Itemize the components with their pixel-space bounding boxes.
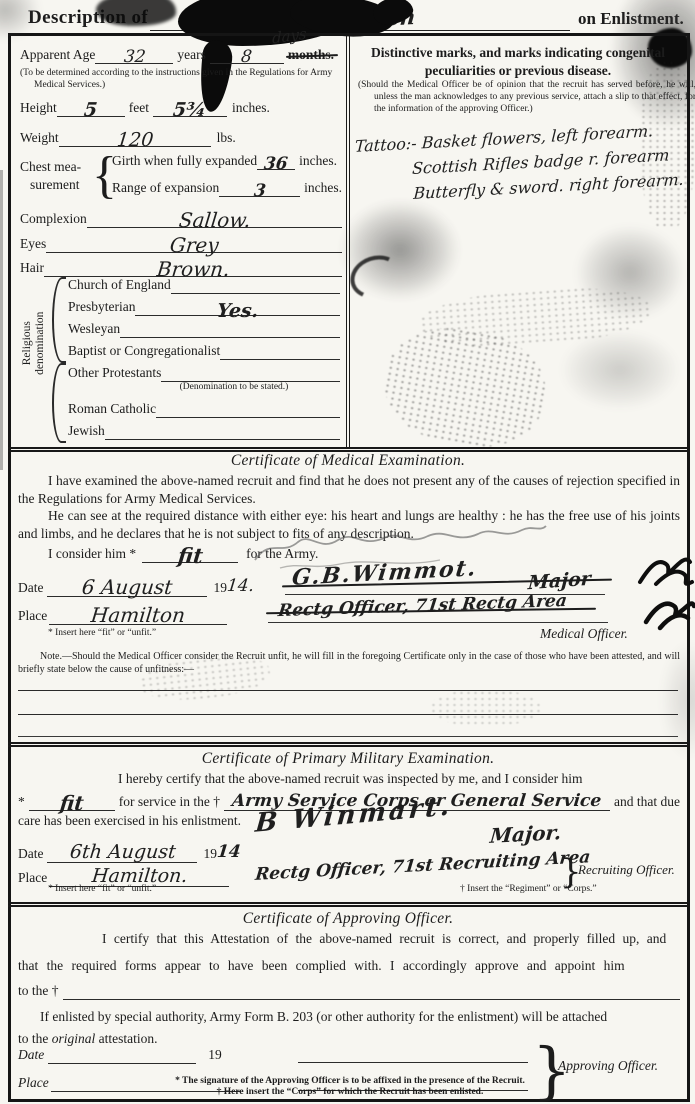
months-unit: months.: [288, 46, 334, 64]
fit-marker: *: [18, 793, 25, 811]
attestation-form-page: Description of Aitken on Enlistment. App…: [0, 0, 695, 1104]
religion-label: Baptist or Congregationalist: [68, 342, 220, 360]
authority-suffix: attestation.: [99, 1031, 158, 1046]
recruiting-signature-rank: Major.: [489, 820, 562, 848]
approving-officer-label: Approving Officer.: [558, 1058, 658, 1074]
year-printed: 19: [208, 1046, 222, 1064]
place-label: Place: [18, 607, 47, 625]
religion-label: Church of England: [68, 276, 171, 294]
chest-label: Chest mea- surement: [20, 158, 81, 193]
date-label: Date: [18, 579, 43, 597]
religion-row: Church of England: [68, 272, 340, 294]
religion-row: Baptist or Congregationalist: [68, 338, 340, 360]
girth-value: 36: [263, 153, 289, 175]
marks-note: (Should the Medical Officer be of opinio…: [358, 80, 695, 116]
medical-footnote: * Insert here “fit” or “unfit.”: [48, 628, 156, 640]
religion-label: Wesleyan: [68, 320, 120, 338]
appoint-field: [63, 982, 681, 1000]
religion-side-label: Religious denomination: [21, 289, 47, 397]
expansion-row: Range of expansion 3 inches.: [112, 179, 342, 197]
approving-paragraph-line2: that the required forms appear to have b…: [18, 957, 680, 975]
girth-label: Girth when fully expanded: [112, 152, 257, 170]
medical-note: Note.—Should the Medical Officer conside…: [18, 650, 680, 676]
stain-speckle: [430, 690, 540, 726]
place-label: Place: [18, 869, 47, 887]
medical-officer-label: Medical Officer.: [540, 626, 628, 642]
religion-brace-lower: [52, 363, 66, 443]
religion-field: [156, 401, 340, 418]
primary-paragraph-1: I hereby certify that the above-named re…: [18, 770, 680, 788]
girth-field: 36: [257, 153, 295, 170]
primary-footnote-right: † Insert the “Regiment” or “Corps.”: [460, 884, 597, 896]
inches-unit: inches.: [232, 99, 270, 117]
primary-date-row: Date 6th August 1914: [18, 840, 241, 863]
chest-label-line1: Chest mea-: [20, 158, 81, 176]
girth-unit: inches.: [299, 152, 337, 170]
date-label: Date: [18, 845, 43, 863]
height-inches-field: 5¾: [153, 98, 227, 117]
scan-edge-artifact: [0, 170, 3, 470]
religion-field: [105, 423, 340, 440]
approving-date-row: Date 19: [18, 1046, 222, 1064]
blank-rule-line: [18, 714, 678, 715]
religion-rows: Church of England Presbyterian Yes. Wesl…: [68, 272, 340, 440]
date-value: 6 August: [81, 574, 174, 600]
medical-cert-title: Certificate of Medical Examination.: [18, 452, 678, 470]
place-field: Hamilton: [49, 602, 227, 625]
medical-place-row: Place Hamilton: [18, 602, 227, 625]
primary-footnote-left: * Insert here “fit” or “unfit.”: [48, 884, 156, 896]
apparent-age-row: Apparent Age 32 years 8 months.: [20, 46, 342, 64]
consider-field: fit: [142, 542, 238, 563]
authority-prefix: to the: [18, 1031, 48, 1046]
recruiting-officer-label: Recruiting Officer.: [578, 862, 675, 878]
primary-cert-title: Certificate of Primary Military Examinat…: [18, 750, 678, 768]
date-value: 6th August: [68, 840, 176, 865]
stain: [560, 330, 680, 410]
apparent-age-note: (To be determined according to the instr…: [20, 68, 356, 92]
religion-field: [171, 277, 340, 294]
section-divider: [8, 742, 687, 747]
authority-line2: to the original attestation.: [18, 1030, 680, 1048]
date-field: [48, 1046, 196, 1064]
religion-label: Roman Catholic: [68, 400, 156, 418]
medical-paragraph-1: I have examined the above-named recruit …: [18, 472, 680, 507]
year-value: 14: [216, 841, 242, 863]
chest-label-line2: surement: [30, 176, 81, 194]
expansion-value: 3: [253, 180, 267, 202]
expansion-label: Range of expansion: [112, 179, 219, 197]
primary-paragraph-2: care has been exercised in his enlistmen…: [18, 812, 241, 830]
girth-row: Girth when fully expanded 36 inches.: [112, 152, 342, 170]
service-prefix: for service in the †: [119, 793, 220, 811]
religion-brace-upper: [52, 277, 66, 363]
margin-ink-scrawl: [636, 548, 695, 648]
blank-rule-line: [18, 736, 678, 737]
height-feet-value: 5: [83, 98, 99, 123]
religion-field: [220, 343, 340, 360]
feet-unit: feet: [129, 99, 149, 117]
appoint-row: to the †: [18, 982, 680, 1000]
authority-italic: original: [52, 1031, 96, 1046]
weight-label: Weight: [20, 129, 59, 147]
height-feet-field: 5: [57, 98, 125, 117]
religion-row: Wesleyan: [68, 316, 340, 338]
expansion-field: 3: [219, 180, 300, 197]
approving-footnote-2: † Here insert the “Corps” for which the …: [100, 1087, 600, 1099]
expansion-unit: inches.: [304, 179, 342, 197]
approving-signature-line: [298, 1046, 528, 1063]
blank-rule-line: [18, 690, 678, 691]
date-field: 6 August: [47, 574, 207, 597]
religion-label: Presbyterian: [68, 298, 135, 316]
height-inches-value: 5¾: [172, 98, 208, 123]
date-label: Date: [18, 1046, 44, 1064]
complexion-value: Sallow.: [177, 207, 251, 233]
eyes-label: Eyes: [20, 235, 46, 253]
consider-value: fit: [176, 542, 204, 569]
apparent-age-label: Apparent Age: [20, 46, 95, 64]
religion-label: Jewish: [68, 422, 105, 440]
height-label: Height: [20, 99, 57, 117]
religion-row: Roman Catholic: [68, 396, 340, 418]
age-years-field: 32: [95, 46, 173, 64]
religion-row: Other Protestants: [68, 360, 340, 382]
religion-row: Jewish: [68, 418, 340, 440]
consider-prefix: I consider him *: [48, 545, 136, 563]
date-field: 6th August: [47, 840, 197, 863]
place-label: Place: [18, 1074, 49, 1092]
medical-date-row: Date 6 August 1914.: [18, 574, 254, 597]
marks-heading: Distinctive marks, and marks indicating …: [356, 44, 680, 79]
authority-line1: If enlisted by special authority, Army F…: [18, 1008, 680, 1026]
place-value: Hamilton: [90, 602, 187, 628]
approving-cert-title: Certificate of Approving Officer.: [18, 910, 678, 928]
stain: [575, 225, 685, 320]
religion-row-note: (Denomination to be stated.): [68, 382, 340, 396]
approving-paragraph-line1: I certify that this Attestation of the a…: [18, 930, 680, 948]
eyes-field: Grey: [46, 232, 342, 253]
year-printed: 19: [213, 579, 227, 597]
age-years-value: 32: [122, 46, 146, 68]
religion-field: Yes.: [135, 299, 340, 316]
years-unit: years: [177, 46, 205, 64]
age-months-field: 8: [210, 46, 284, 64]
religion-row: Presbyterian Yes.: [68, 294, 340, 316]
weight-row: Weight 120 lbs.: [20, 128, 342, 147]
year-value: 14.: [226, 575, 255, 597]
weight-value: 120: [115, 128, 154, 153]
ink-blot: [96, 0, 176, 26]
complexion-row: Complexion Sallow.: [20, 207, 342, 228]
primary-fit-field: fit: [29, 790, 115, 811]
year-printed: 19: [203, 845, 217, 863]
appoint-prefix: to the †: [18, 982, 59, 1000]
eyes-row: Eyes Grey: [20, 232, 342, 253]
eyes-value: Grey: [168, 232, 219, 258]
weight-field: 120: [59, 128, 211, 147]
hair-label: Hair: [20, 259, 44, 277]
complexion-label: Complexion: [20, 210, 87, 228]
religion-field: [161, 365, 340, 382]
height-row: Height 5 feet 5¾ inches.: [20, 98, 342, 117]
service-suffix: and that due: [614, 793, 680, 811]
complexion-field: Sallow.: [87, 207, 342, 228]
lbs-unit: lbs.: [217, 129, 236, 147]
religion-label: Other Protestants: [68, 364, 161, 382]
section-divider: [8, 902, 687, 907]
